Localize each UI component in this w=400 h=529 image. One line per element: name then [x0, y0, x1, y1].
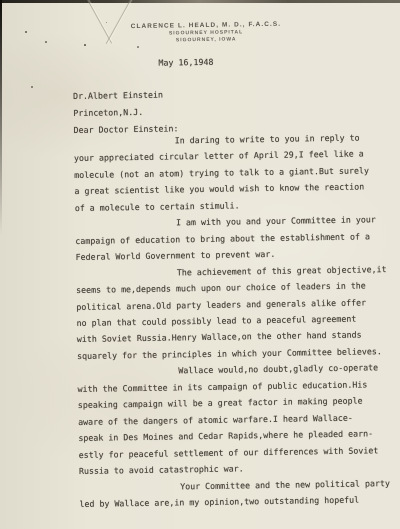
letter-body: In daring to write to you in reply toyou…	[74, 129, 391, 512]
recipient-address-block: Dr.Albert Einstein Princeton,N.J. Dear D…	[73, 86, 179, 139]
letter-paper: CLARENCE L. HEALD, M. D., F.A.C.S. SIGOU…	[0, 0, 400, 529]
scanned-letter: CLARENCE L. HEALD, M. D., F.A.C.S. SIGOU…	[0, 0, 400, 529]
body-line: led by Wallace are,in my opinion,two out…	[79, 491, 390, 512]
recipient-city: Princeton,N.J.	[73, 103, 178, 122]
recipient-name: Dr.Albert Einstein	[73, 86, 178, 105]
letterhead: CLARENCE L. HEALD, M. D., F.A.C.S. SIGOU…	[6, 19, 400, 47]
letter-date: May 16,1948	[158, 57, 213, 68]
letter-content: CLARENCE L. HEALD, M. D., F.A.C.S. SIGOU…	[0, 0, 400, 529]
